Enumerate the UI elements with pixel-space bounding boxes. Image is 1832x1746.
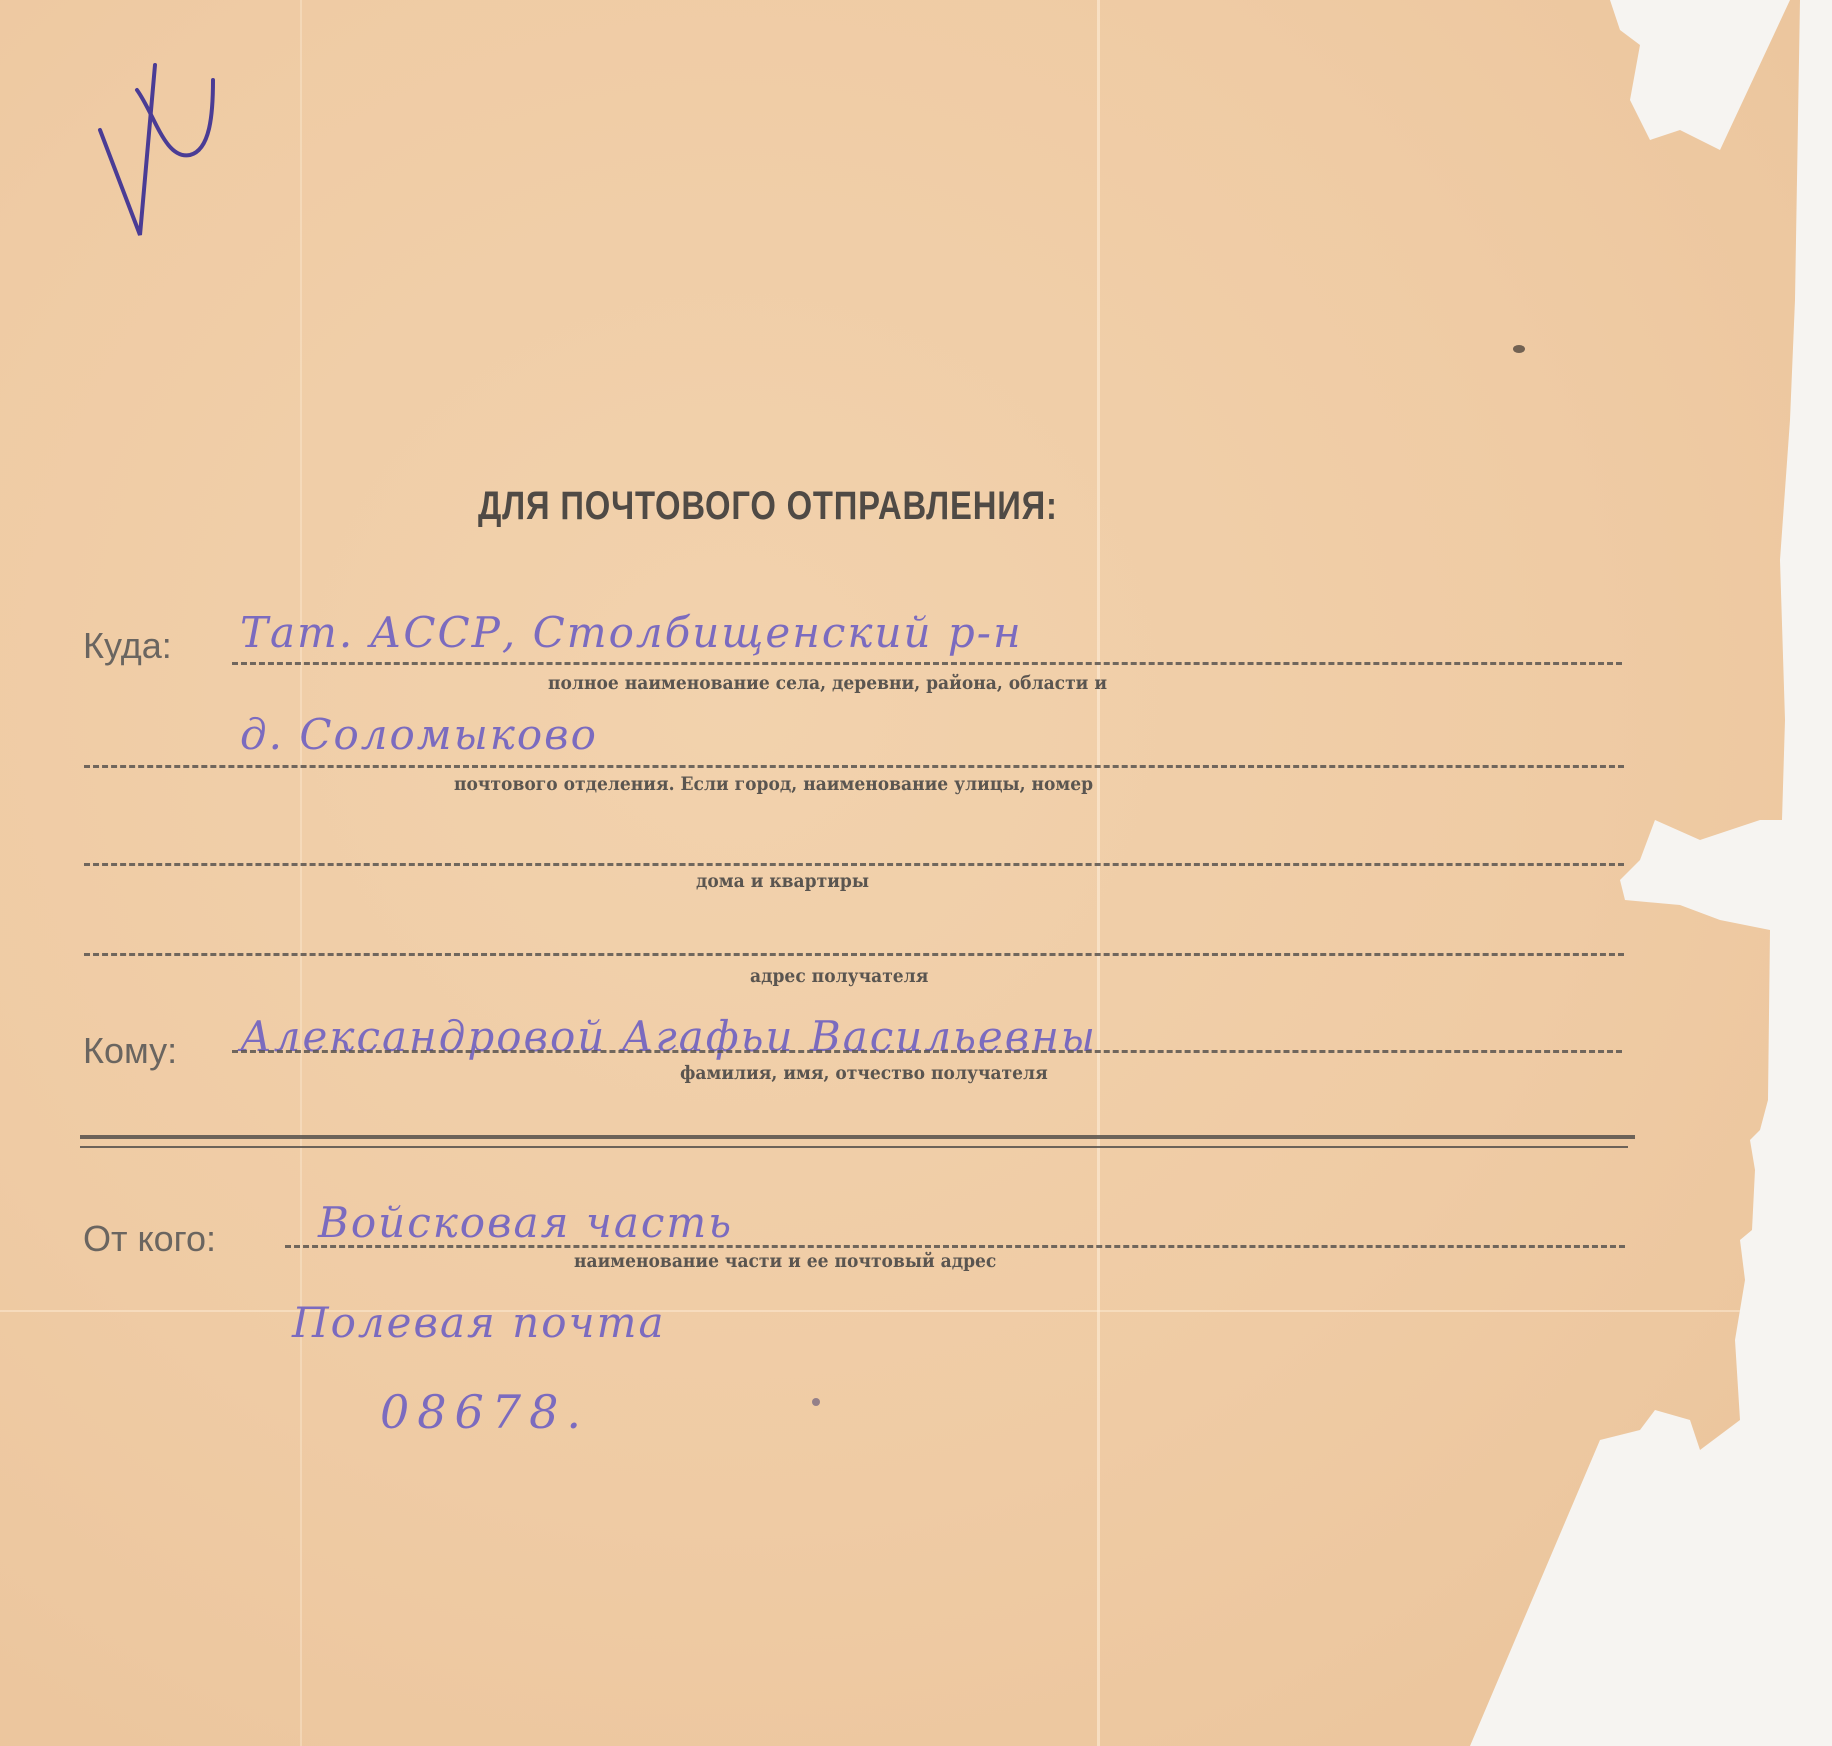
paper-sheet: ДЛЯ ПОЧТОВОГО ОТПРАВЛЕНИЯ: Куда: Тат. АС… [0,0,1832,1746]
divider-line-thin [80,1146,1628,1148]
label-to-where: Куда: [83,625,172,667]
handwritten-military-unit[interactable]: Войсковая часть [318,1198,733,1247]
label-to-whom: Кому: [83,1030,177,1072]
divider-line-thick [80,1135,1635,1139]
field-line-3 [84,863,1624,866]
fold-crease-vertical [1097,0,1100,1746]
field-line-sender [285,1245,1625,1248]
handwritten-recipient-name[interactable]: Александровой Агафьи Васильевны [240,1012,1097,1061]
caption-recipient-address: адрес получателя [750,965,928,987]
handwritten-mark-icon [95,55,225,245]
ink-spot [812,1398,820,1406]
handwritten-region[interactable]: Тат. АССР, Столбищенский р-н [240,608,1023,657]
fold-crease-vertical-left [300,0,302,1746]
field-line-2 [84,765,1624,768]
handwritten-field-post[interactable]: Полевая почта [292,1298,665,1347]
handwritten-field-post-number[interactable]: 08678. [380,1385,589,1439]
field-line-1 [232,662,1622,665]
field-line-4 [84,953,1624,956]
fold-crease-horizontal [0,1310,1790,1312]
caption-full-name-village: полное наименование села, деревни, район… [548,672,1107,694]
label-from-whom: От кого: [83,1218,216,1260]
caption-house-apartment: дома и квартиры [696,870,869,892]
caption-post-office: почтового отделения. Если город, наимено… [454,773,1093,795]
caption-recipient-fullname: фамилия, имя, отчество получателя [680,1062,1048,1084]
field-line-recipient [232,1050,1622,1053]
form-heading: ДЛЯ ПОЧТОВОГО ОТПРАВЛЕНИЯ: [478,484,1058,529]
stain-spot [1513,345,1525,353]
caption-unit-address: наименование части и ее почтовый адрес [574,1250,996,1272]
handwritten-village[interactable]: д. Соломыково [240,710,598,759]
